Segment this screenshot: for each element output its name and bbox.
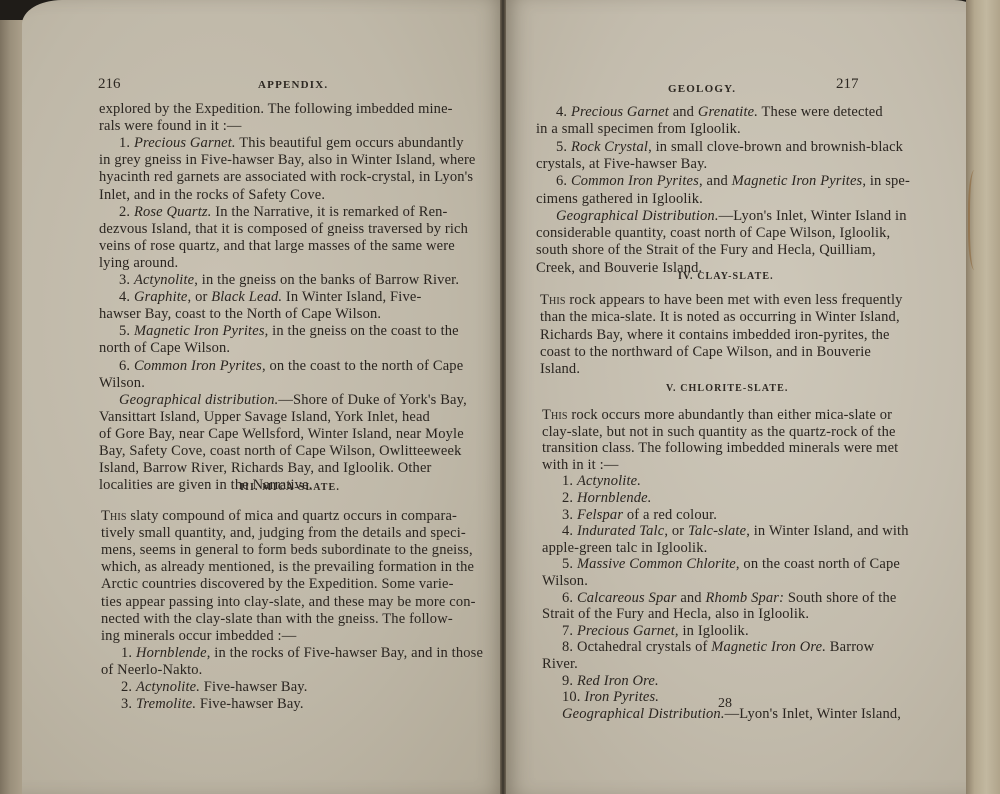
text-run: 9. — [562, 673, 577, 689]
text-line: tively small quantity, and, judging from… — [101, 525, 466, 542]
text-run: In the Narrative, it is remarked of Ren- — [211, 204, 447, 220]
text-run: 4. — [119, 289, 134, 305]
text-run: 8. Octahedral crystals of — [562, 639, 711, 655]
text-run: veins of rose quartz, and that large mas… — [99, 238, 455, 254]
text-line: Wilson. — [542, 573, 588, 590]
italic-term: Geographical Distribution. — [556, 208, 719, 224]
text-run: in grey gneiss in Five-hawser Bay, also … — [99, 152, 476, 168]
text-line: 2. Hornblende. — [562, 490, 652, 507]
italic-term: Talc-slate — [688, 523, 746, 539]
italic-term: Common Iron Pyrites — [134, 358, 262, 374]
text-line: apple-green talc in Igloolik. — [542, 540, 707, 557]
text-run: —Lyon's Inlet, Winter Island in — [719, 208, 907, 224]
text-run: which, as already mentioned, is the prev… — [101, 559, 474, 575]
text-line: 1. Precious Garnet. This beautiful gem o… — [119, 135, 464, 152]
text-run: 1. — [119, 135, 134, 151]
text-line: 7. Precious Garnet, in Igloolik. — [562, 623, 749, 640]
italic-term: Hornblende — [136, 645, 207, 661]
text-run: 2. — [119, 204, 134, 220]
text-line: than the mica-slate. It is noted as occu… — [540, 309, 900, 326]
text-run: with in it :— — [542, 457, 618, 473]
page-number: 217 — [836, 76, 859, 93]
text-line: in a small specimen from Igloolik. — [536, 121, 741, 138]
text-line: 2. Rose Quartz. In the Narrative, it is … — [119, 204, 448, 221]
text-run: Richards Bay, where it contains imbedded… — [540, 327, 890, 343]
text-run: crystals, at Five-hawser Bay. — [536, 156, 707, 172]
italic-term: Graphite — [134, 289, 188, 305]
text-run: , in spe- — [862, 173, 910, 189]
text-line: crystals, at Five-hawser Bay. — [536, 156, 707, 173]
text-line: 5. Massive Common Chlorite, on the coast… — [562, 556, 900, 573]
text-run: , in the gneiss on the coast to the — [265, 323, 459, 339]
text-run: coast to the northward of Cape Wilson, a… — [540, 344, 871, 360]
text-run: cimens gathered in Igloolik. — [536, 191, 703, 207]
italic-term: Grenatite. — [698, 104, 758, 120]
running-head: APPENDIX. — [258, 79, 328, 91]
text-line: south shore of the Strait of the Fury an… — [536, 242, 876, 259]
text-run: , in Igloolik. — [675, 623, 749, 639]
text-run: of Neerlo-Nakto. — [101, 662, 202, 678]
text-run: of a red colour. — [623, 507, 717, 523]
text-line: 2. Actynolite. Five-hawser Bay. — [121, 679, 308, 696]
text-run: 7. — [562, 623, 577, 639]
text-line: ties appear passing into clay-slate, and… — [101, 594, 476, 611]
text-line: mens, seems in general to form beds subo… — [101, 542, 473, 559]
text-run: 1. — [562, 473, 577, 489]
text-line: explored by the Expedition. The followin… — [99, 101, 453, 118]
text-line: Island. — [540, 361, 580, 378]
italic-term: Rock Crystal — [571, 139, 648, 155]
text-run: Arctic countries discovered by the Exped… — [101, 576, 454, 592]
text-run: 3. — [119, 272, 134, 288]
text-line: 9. Red Iron Ore. — [562, 673, 659, 690]
running-head: GEOLOGY. — [668, 83, 736, 95]
text-run: , in the rocks of Five-hawser Bay, and i… — [207, 645, 483, 661]
text-run: , on the coast to the north of Cape — [262, 358, 463, 374]
italic-term: Rose Quartz. — [134, 204, 212, 220]
text-line: veins of rose quartz, and that large mas… — [99, 238, 455, 255]
text-run: These were detected — [758, 104, 883, 120]
text-run: 6. — [119, 358, 134, 374]
text-run: than the mica-slate. It is noted as occu… — [540, 309, 900, 325]
text-run: ties appear passing into clay-slate, and… — [101, 594, 476, 610]
italic-term: Magnetic Iron Ore. — [711, 639, 826, 655]
text-line: 6. Common Iron Pyrites, on the coast to … — [119, 358, 463, 375]
italic-term: Actynolite — [134, 272, 194, 288]
text-run: rals were found in it :— — [99, 118, 242, 134]
text-run: Five-hawser Bay. — [196, 696, 304, 712]
italic-term: Actynolite. — [577, 473, 641, 489]
text-line: Bay, Safety Cove, coast north of Cape Wi… — [99, 443, 461, 460]
text-run: and — [669, 104, 698, 120]
text-run: In Winter Island, Five- — [282, 289, 421, 305]
text-run: 6. — [556, 173, 571, 189]
section-heading-clay-slate: IV. CLAY-SLATE. — [678, 271, 774, 282]
text-run: ing minerals occur imbedded :— — [101, 628, 296, 644]
italic-term: Geographical Distribution. — [562, 706, 725, 722]
text-run: This — [540, 292, 566, 308]
text-run: Island, Barrow River, Richards Bay, and … — [99, 460, 432, 476]
text-line: nected with the clay-slate than with the… — [101, 611, 453, 628]
left-page: 216 APPENDIX. explored by the Expedition… — [22, 0, 508, 794]
text-line: with in it :— — [542, 457, 618, 474]
text-run: explored by the Expedition. The followin… — [99, 101, 453, 117]
text-run: , or — [664, 523, 688, 539]
text-run: 10. — [562, 689, 584, 705]
right-page-edges — [966, 0, 1000, 794]
text-run: of Gore Bay, near Cape Wellsford, Winter… — [99, 426, 464, 442]
text-run: clay-slate, but not in such quantity as … — [542, 424, 896, 440]
text-run: mens, seems in general to form beds subo… — [101, 542, 473, 558]
text-run: hyacinth red garnets are associated with… — [99, 169, 473, 185]
text-line: clay-slate, but not in such quantity as … — [542, 424, 896, 441]
text-line: north of Cape Wilson. — [99, 340, 230, 357]
text-run: Wilson. — [542, 573, 588, 589]
text-run: , or — [188, 289, 212, 305]
text-run: , in Winter Island, and with — [746, 523, 908, 539]
text-line: Richards Bay, where it contains imbedded… — [540, 327, 890, 344]
italic-term: Indurated Talc — [577, 523, 664, 539]
text-line: 8. Octahedral crystals of Magnetic Iron … — [562, 639, 874, 656]
signature-mark: 28 — [718, 696, 732, 712]
text-run: Vansittart Island, Upper Savage Island, … — [99, 409, 430, 425]
text-line: Strait of the Fury and Hecla, also in Ig… — [542, 606, 809, 623]
text-run: Five-hawser Bay. — [200, 679, 308, 695]
text-line: of Neerlo-Nakto. — [101, 662, 202, 679]
text-run: 2. — [562, 490, 577, 506]
text-line: lying around. — [99, 255, 178, 272]
italic-term: Felspar — [577, 507, 623, 523]
water-stain — [968, 170, 984, 270]
text-line: cimens gathered in Igloolik. — [536, 191, 703, 208]
text-line: 5. Rock Crystal, in small clove-brown an… — [556, 139, 903, 156]
text-line: 3. Actynolite, in the gneiss on the bank… — [119, 272, 459, 289]
text-line: transition class. The following imbedded… — [542, 440, 898, 457]
text-run: 4. — [556, 104, 571, 120]
text-run: 1. — [121, 645, 136, 661]
italic-term: Common Iron Pyrites — [571, 173, 699, 189]
italic-term: Geographical distribution. — [119, 392, 278, 408]
text-run: 3. — [121, 696, 136, 712]
text-line: 6. Calcareous Spar and Rhomb Spar: South… — [562, 590, 896, 607]
italic-term: Massive Common Chlorite — [577, 556, 736, 572]
text-line: Island, Barrow River, Richards Bay, and … — [99, 460, 432, 477]
text-run: rock appears to have been met with even … — [566, 292, 903, 308]
text-run: 3. — [562, 507, 577, 523]
text-run: , in small clove-brown and brownish-blac… — [648, 139, 903, 155]
text-run: South shore of the — [784, 590, 896, 606]
text-run: Barrow — [826, 639, 874, 655]
text-line: Geographical distribution.—Shore of Duke… — [119, 392, 467, 409]
text-run: River. — [542, 656, 578, 672]
text-run: rock occurs more abundantly than either … — [568, 407, 893, 423]
text-line: dezvous Island, that it is composed of g… — [99, 221, 468, 238]
text-run: , on the coast north of Cape — [736, 556, 900, 572]
text-line: 4. Graphite, or Black Lead. In Winter Is… — [119, 289, 421, 306]
italic-term: Tremolite. — [136, 696, 196, 712]
text-run: nected with the clay-slate than with the… — [101, 611, 453, 627]
text-run: 5. — [562, 556, 577, 572]
text-line: in grey gneiss in Five-hawser Bay, also … — [99, 152, 476, 169]
text-run: Wilson. — [99, 375, 145, 391]
text-line: This rock occurs more abundantly than ei… — [542, 407, 892, 424]
text-line: Arctic countries discovered by the Exped… — [101, 576, 454, 593]
text-run: , and — [699, 173, 732, 189]
text-line: This rock appears to have been met with … — [540, 292, 903, 309]
text-run: transition class. The following imbedded… — [542, 440, 898, 456]
text-line: hyacinth red garnets are associated with… — [99, 169, 473, 186]
text-run: This — [542, 407, 568, 423]
italic-term: Calcareous Spar — [577, 590, 677, 606]
text-line: River. — [542, 656, 578, 673]
text-run: north of Cape Wilson. — [99, 340, 230, 356]
page-number: 216 — [98, 76, 121, 93]
text-run: Strait of the Fury and Hecla, also in Ig… — [542, 606, 809, 622]
text-line: Vansittart Island, Upper Savage Island, … — [99, 409, 430, 426]
italic-term: Actynolite. — [136, 679, 200, 695]
section-heading-mica-slate: III. MICA-SLATE. — [240, 482, 340, 493]
text-run: Bay, Safety Cove, coast north of Cape Wi… — [99, 443, 461, 459]
text-run: tively small quantity, and, judging from… — [101, 525, 466, 541]
text-line: ing minerals occur imbedded :— — [101, 628, 296, 645]
text-run: —Shore of Duke of York's Bay, — [278, 392, 466, 408]
text-run: 6. — [562, 590, 577, 606]
text-line: considerable quantity, coast north of Ca… — [536, 225, 890, 242]
text-line: 1. Hornblende, in the rocks of Five-haws… — [121, 645, 483, 662]
text-line: This slaty compound of mica and quartz o… — [101, 508, 457, 525]
text-line: 3. Felspar of a red colour. — [562, 507, 717, 524]
text-run: hawser Bay, coast to the North of Cape W… — [99, 306, 381, 322]
text-run: 2. — [121, 679, 136, 695]
text-run: This beautiful gem occurs abundantly — [236, 135, 464, 151]
text-run: 4. — [562, 523, 577, 539]
text-run: —Lyon's Inlet, Winter Island, — [725, 706, 901, 722]
italic-term: Precious Garnet. — [134, 135, 236, 151]
italic-term: Hornblende. — [577, 490, 652, 506]
text-line: hawser Bay, coast to the North of Cape W… — [99, 306, 381, 323]
italic-term: Rhomb Spar: — [705, 590, 784, 606]
text-run: Island. — [540, 361, 580, 377]
text-run: south shore of the Strait of the Fury an… — [536, 242, 876, 258]
text-line: 10. Iron Pyrites. — [562, 689, 659, 706]
italic-term: Black Lead. — [211, 289, 282, 305]
text-run: lying around. — [99, 255, 178, 271]
italic-term: Precious Garnet — [577, 623, 675, 639]
italic-term: Magnetic Iron Pyrites — [134, 323, 265, 339]
text-line: 4. Precious Garnet and Grenatite. These … — [556, 104, 883, 121]
section-heading-chlorite-slate: V. CHLORITE-SLATE. — [666, 383, 789, 394]
italic-term: Red Iron Ore. — [577, 673, 659, 689]
text-run: Inlet, and in the rocks of Safety Cove. — [99, 187, 325, 203]
text-line: Wilson. — [99, 375, 145, 392]
text-line: of Gore Bay, near Cape Wellsford, Winter… — [99, 426, 464, 443]
text-line: 3. Tremolite. Five-hawser Bay. — [121, 696, 304, 713]
text-run: This — [101, 508, 127, 524]
italic-term: Precious Garnet — [571, 104, 669, 120]
text-run: 5. — [119, 323, 134, 339]
text-line: 6. Common Iron Pyrites, and Magnetic Iro… — [556, 173, 910, 190]
italic-term: Iron Pyrites. — [584, 689, 659, 705]
book-gutter — [500, 0, 506, 794]
text-run: and — [677, 590, 706, 606]
text-line: Geographical Distribution.—Lyon's Inlet,… — [556, 208, 907, 225]
text-run: dezvous Island, that it is composed of g… — [99, 221, 468, 237]
right-page: GEOLOGY. 217 4. Precious Garnet and Gren… — [502, 0, 974, 794]
text-run: apple-green talc in Igloolik. — [542, 540, 707, 556]
italic-term: Magnetic Iron Pyrites — [732, 173, 863, 189]
text-line: coast to the northward of Cape Wilson, a… — [540, 344, 871, 361]
text-run: 5. — [556, 139, 571, 155]
text-line: Inlet, and in the rocks of Safety Cove. — [99, 187, 325, 204]
text-run: considerable quantity, coast north of Ca… — [536, 225, 890, 241]
text-run: , in the gneiss on the banks of Barrow R… — [194, 272, 459, 288]
text-line: 5. Magnetic Iron Pyrites, in the gneiss … — [119, 323, 459, 340]
text-line: which, as already mentioned, is the prev… — [101, 559, 474, 576]
text-run: in a small specimen from Igloolik. — [536, 121, 741, 137]
text-line: 4. Indurated Talc, or Talc-slate, in Win… — [562, 523, 909, 540]
text-line: 1. Actynolite. — [562, 473, 641, 490]
text-line: rals were found in it :— — [99, 118, 242, 135]
text-run: slaty compound of mica and quartz occurs… — [127, 508, 457, 524]
